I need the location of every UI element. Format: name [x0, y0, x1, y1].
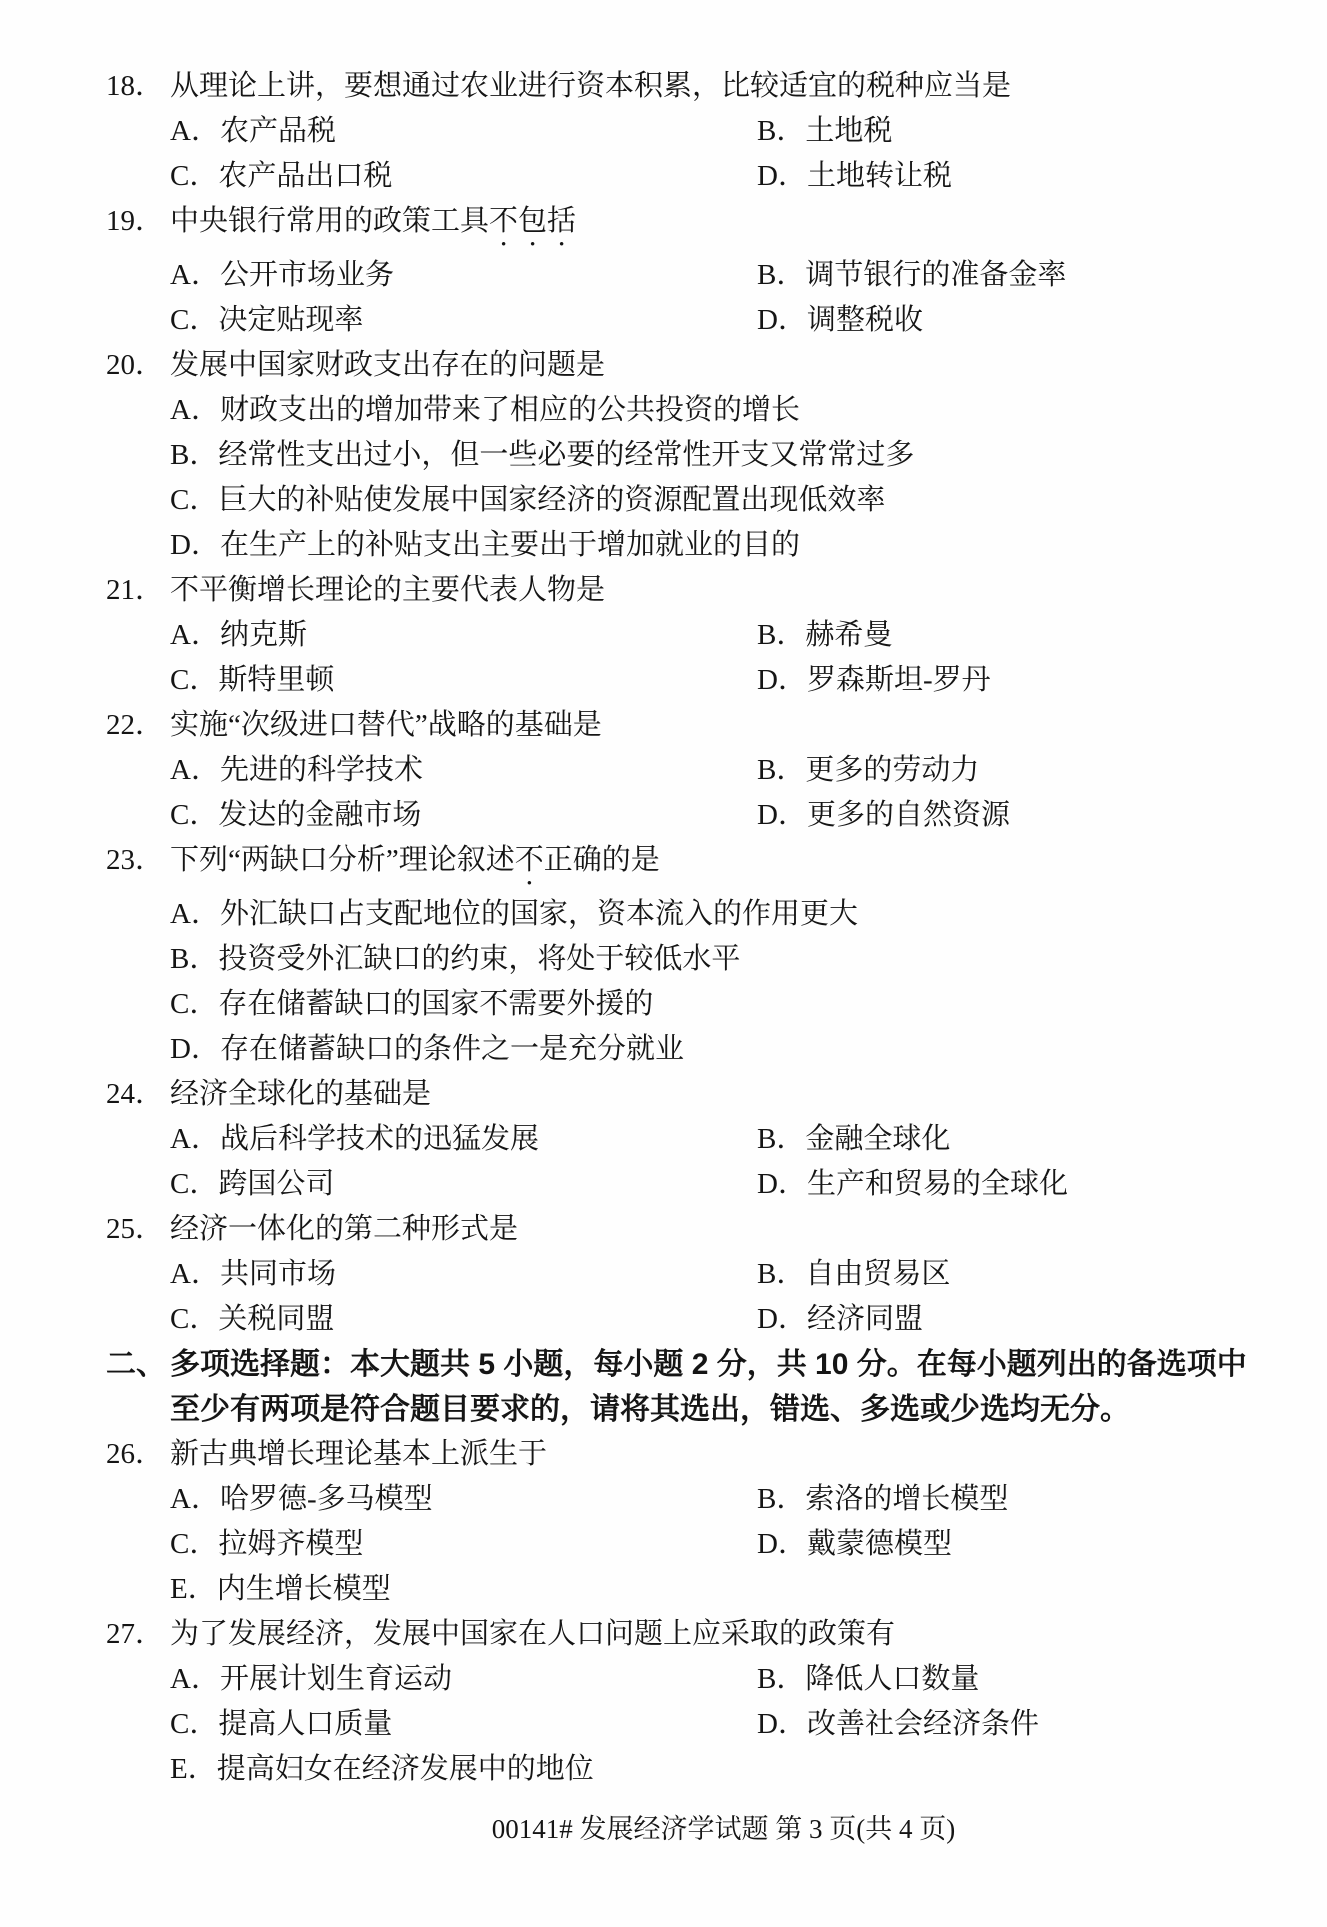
option-text: 自由贸易区	[805, 1258, 950, 1290]
question-20-option-d: D．在生产上的补贴支出主要出于增加就业的目的	[0, 523, 1327, 568]
question-stem-text: 从理论上讲，要想通过农业进行资本积累，比较适宜的税种应当是	[170, 64, 1327, 109]
option-label: B．	[757, 1117, 805, 1162]
question-27-stem: 27． 为了发展经济，发展中国家在人口问题上应采取的政策有	[0, 1612, 1327, 1657]
option-label: A．	[170, 892, 220, 937]
question-22-stem: 22． 实施“次级进口替代”战略的基础是	[0, 703, 1327, 748]
question-20-stem: 20． 发展中国家财政支出存在的问题是	[0, 343, 1327, 388]
option-text: 拉姆齐模型	[218, 1528, 363, 1560]
question-20-option-b: B．经常性支出过小，但一些必要的经常性开支又常常过多	[0, 433, 1327, 478]
option-b: B．自由贸易区	[757, 1252, 950, 1297]
option-c: C．发达的金融市场	[170, 793, 757, 838]
question-25-options-cd: C．关税同盟 D．经济同盟	[0, 1297, 1327, 1342]
question-24-options-ab: A．战后科学技术的迅猛发展 B．金融全球化	[0, 1117, 1327, 1162]
option-c: C．决定贴现率	[170, 298, 757, 343]
option-text: 经济同盟	[807, 1303, 923, 1335]
question-23-option-b: B．投资受外汇缺口的约束，将处于较低水平	[0, 937, 1327, 982]
option-a: A．先进的科学技术	[170, 748, 757, 793]
option-d: D．更多的自然资源	[757, 793, 1010, 838]
question-21-stem: 21． 不平衡增长理论的主要代表人物是	[0, 568, 1327, 613]
option-label: D．	[757, 793, 807, 838]
option-label: B．	[757, 1252, 805, 1297]
option-text: 调整税收	[807, 304, 923, 336]
option-label: D．	[757, 1522, 807, 1567]
option-text: 更多的劳动力	[805, 754, 979, 786]
option-text: 开展计划生育运动	[220, 1663, 452, 1695]
option-label: A．	[170, 388, 220, 433]
option-a: A．开展计划生育运动	[170, 1657, 757, 1702]
question-number: 18．	[106, 64, 170, 109]
option-c: C．关税同盟	[170, 1297, 757, 1342]
option-b: B．调节银行的准备金率	[757, 253, 1066, 298]
option-text: 斯特里顿	[218, 664, 334, 696]
option-text: 赫希曼	[805, 619, 892, 651]
question-number: 24．	[106, 1072, 170, 1117]
option-text: 更多的自然资源	[807, 799, 1010, 831]
option-label: D．	[757, 1162, 807, 1207]
question-27-options-ab: A．开展计划生育运动 B．降低人口数量	[0, 1657, 1327, 1702]
option-label: C．	[170, 1702, 218, 1747]
question-stem-text: 中央银行常用的政策工具不包括	[170, 199, 1327, 253]
question-number: 20．	[106, 343, 170, 388]
option-label: C．	[170, 1162, 218, 1207]
option-label: E．	[170, 1567, 217, 1612]
section-marker: 二、	[106, 1342, 170, 1387]
option-text: 生产和贸易的全球化	[807, 1168, 1068, 1200]
question-stem-text: 发展中国家财政支出存在的问题是	[170, 343, 1327, 388]
option-label: C．	[170, 1297, 218, 1342]
option-label: B．	[757, 109, 805, 154]
option-d: D．生产和贸易的全球化	[757, 1162, 1068, 1207]
option-label: D．	[757, 298, 807, 343]
option-label: C．	[170, 298, 218, 343]
option-b: B．降低人口数量	[757, 1657, 979, 1702]
section-heading-text: 多项选择题：本大题共 5 小题，每小题 2 分，共 10 分。在每小题列出的备选…	[170, 1342, 1327, 1387]
option-d: D．调整税收	[757, 298, 923, 343]
question-23-option-c: C．存在储蓄缺口的国家不需要外援的	[0, 982, 1327, 1027]
option-text: 财政支出的增加带来了相应的公共投资的增长	[220, 394, 800, 426]
option-label: A．	[170, 748, 220, 793]
option-b: B．土地税	[757, 109, 892, 154]
question-18-options-ab: A．农产品税 B．土地税	[0, 109, 1327, 154]
option-label: D．	[170, 1027, 220, 1072]
question-22-options-ab: A．先进的科学技术 B．更多的劳动力	[0, 748, 1327, 793]
option-text: 公开市场业务	[220, 259, 394, 291]
option-label: C．	[170, 154, 218, 199]
option-b: B．金融全球化	[757, 1117, 950, 1162]
option-d: D．改善社会经济条件	[757, 1702, 1039, 1747]
option-label: B．	[757, 613, 805, 658]
question-stem-text: 新古典增长理论基本上派生于	[170, 1432, 1327, 1477]
option-c: C．农产品出口税	[170, 154, 757, 199]
option-text: 金融全球化	[805, 1123, 950, 1155]
question-27-options-cd: C．提高人口质量 D．改善社会经济条件	[0, 1702, 1327, 1747]
option-text: 戴蒙德模型	[807, 1528, 952, 1560]
option-label: C．	[170, 478, 218, 523]
option-text: 降低人口数量	[805, 1663, 979, 1695]
option-text: 存在储蓄缺口的国家不需要外援的	[218, 988, 653, 1020]
option-label: A．	[170, 1117, 220, 1162]
option-text: 外汇缺口占支配地位的国家，资本流入的作用更大	[220, 898, 858, 930]
option-label: E．	[170, 1747, 217, 1792]
option-text: 土地税	[805, 115, 892, 147]
question-number: 23．	[106, 838, 170, 892]
question-21-options-ab: A．纳克斯 B．赫希曼	[0, 613, 1327, 658]
question-19-stem: 19． 中央银行常用的政策工具不包括	[0, 199, 1327, 253]
option-b: B．赫希曼	[757, 613, 892, 658]
option-label: D．	[170, 523, 220, 568]
exam-page: 18． 从理论上讲，要想通过农业进行资本积累，比较适宜的税种应当是 A．农产品税…	[0, 0, 1327, 1927]
question-stem-text: 经济一体化的第二种形式是	[170, 1207, 1327, 1252]
question-18-stem: 18． 从理论上讲，要想通过农业进行资本积累，比较适宜的税种应当是	[0, 64, 1327, 109]
option-label: C．	[170, 658, 218, 703]
option-text: 投资受外汇缺口的约束，将处于较低水平	[218, 943, 740, 975]
option-text: 战后科学技术的迅猛发展	[220, 1123, 539, 1155]
option-text: 存在储蓄缺口的条件之一是充分就业	[220, 1033, 684, 1065]
option-b: B．更多的劳动力	[757, 748, 979, 793]
question-stem-text: 实施“次级进口替代”战略的基础是	[170, 703, 1327, 748]
option-text: 先进的科学技术	[220, 754, 423, 786]
question-25-stem: 25． 经济一体化的第二种形式是	[0, 1207, 1327, 1252]
question-number: 25．	[106, 1207, 170, 1252]
option-d: D．罗森斯坦-罗丹	[757, 658, 991, 703]
option-text: 土地转让税	[807, 160, 952, 192]
question-23-option-a: A．外汇缺口占支配地位的国家，资本流入的作用更大	[0, 892, 1327, 937]
option-c: C．跨国公司	[170, 1162, 757, 1207]
option-text: 在生产上的补贴支出主要出于增加就业的目的	[220, 529, 800, 561]
question-20-option-c: C．巨大的补贴使发展中国家经济的资源配置出现低效率	[0, 478, 1327, 523]
option-a: A．哈罗德-多马模型	[170, 1477, 757, 1522]
option-label: B．	[170, 937, 218, 982]
question-23-option-d: D．存在储蓄缺口的条件之一是充分就业	[0, 1027, 1327, 1072]
section-2-heading-line-1: 二、 多项选择题：本大题共 5 小题，每小题 2 分，共 10 分。在每小题列出…	[0, 1342, 1327, 1387]
option-text: 罗森斯坦-罗丹	[807, 664, 991, 696]
question-number: 21．	[106, 568, 170, 613]
option-a: A．战后科学技术的迅猛发展	[170, 1117, 757, 1162]
option-label: A．	[170, 109, 220, 154]
question-19-options-cd: C．决定贴现率 D．调整税收	[0, 298, 1327, 343]
question-19-options-ab: A．公开市场业务 B．调节银行的准备金率	[0, 253, 1327, 298]
option-text: 决定贴现率	[218, 304, 363, 336]
option-label: A．	[170, 613, 220, 658]
option-label: A．	[170, 1657, 220, 1702]
option-text: 巨大的补贴使发展中国家经济的资源配置出现低效率	[218, 484, 885, 516]
option-label: A．	[170, 1252, 220, 1297]
emphasized-text: 不	[515, 844, 544, 876]
option-d: D．土地转让税	[757, 154, 952, 199]
option-a: A．纳克斯	[170, 613, 757, 658]
option-text: 改善社会经济条件	[807, 1708, 1039, 1740]
option-label: B．	[757, 1477, 805, 1522]
question-21-options-cd: C．斯特里顿 D．罗森斯坦-罗丹	[0, 658, 1327, 703]
option-c: C．提高人口质量	[170, 1702, 757, 1747]
question-27-option-e: E．提高妇女在经济发展中的地位	[0, 1747, 1327, 1792]
question-25-options-ab: A．共同市场 B．自由贸易区	[0, 1252, 1327, 1297]
question-number: 26．	[106, 1432, 170, 1477]
question-26-stem: 26． 新古典增长理论基本上派生于	[0, 1432, 1327, 1477]
option-a: A．共同市场	[170, 1252, 757, 1297]
option-text: 共同市场	[220, 1258, 336, 1290]
page-footer: 00141# 发展经济学试题 第 3 页(共 4 页)	[120, 1812, 1327, 1846]
option-text: 内生增长模型	[217, 1573, 391, 1605]
option-text: 农产品税	[220, 115, 336, 147]
option-text: 关税同盟	[218, 1303, 334, 1335]
option-label: B．	[757, 748, 805, 793]
question-stem-text: 不平衡增长理论的主要代表人物是	[170, 568, 1327, 613]
option-label: C．	[170, 1522, 218, 1567]
emphasized-text: 不包括	[489, 205, 576, 237]
question-22-options-cd: C．发达的金融市场 D．更多的自然资源	[0, 793, 1327, 838]
question-18-options-cd: C．农产品出口税 D．土地转让税	[0, 154, 1327, 199]
option-c: C．斯特里顿	[170, 658, 757, 703]
question-stem-text: 经济全球化的基础是	[170, 1072, 1327, 1117]
option-text: 纳克斯	[220, 619, 307, 651]
option-label: D．	[757, 1297, 807, 1342]
option-a: A．农产品税	[170, 109, 757, 154]
option-text: 哈罗德-多马模型	[220, 1483, 433, 1515]
section-2-heading-line-2: 至少有两项是符合题目要求的，请将其选出，错选、多选或少选均无分。	[0, 1387, 1327, 1432]
question-number: 27．	[106, 1612, 170, 1657]
option-text: 索洛的增长模型	[805, 1483, 1008, 1515]
option-d: D．经济同盟	[757, 1297, 923, 1342]
option-text: 经常性支出过小，但一些必要的经常性开支又常常过多	[218, 439, 914, 471]
option-c: C．拉姆齐模型	[170, 1522, 757, 1567]
option-text: 提高人口质量	[218, 1708, 392, 1740]
option-label: A．	[170, 1477, 220, 1522]
option-text: 农产品出口税	[218, 160, 392, 192]
option-d: D．戴蒙德模型	[757, 1522, 952, 1567]
option-label: C．	[170, 793, 218, 838]
option-text: 调节银行的准备金率	[805, 259, 1066, 291]
question-stem-text: 为了发展经济，发展中国家在人口问题上应采取的政策有	[170, 1612, 1327, 1657]
question-20-option-a: A．财政支出的增加带来了相应的公共投资的增长	[0, 388, 1327, 433]
option-label: B．	[170, 433, 218, 478]
option-text: 发达的金融市场	[218, 799, 421, 831]
option-label: D．	[757, 658, 807, 703]
option-text: 跨国公司	[218, 1168, 334, 1200]
option-a: A．公开市场业务	[170, 253, 757, 298]
question-24-stem: 24． 经济全球化的基础是	[0, 1072, 1327, 1117]
option-text: 提高妇女在经济发展中的地位	[217, 1753, 594, 1785]
question-number: 19．	[106, 199, 170, 253]
question-26-options-cd: C．拉姆齐模型 D．戴蒙德模型	[0, 1522, 1327, 1567]
question-23-stem: 23． 下列“两缺口分析”理论叙述不正确的是	[0, 838, 1327, 892]
question-24-options-cd: C．跨国公司 D．生产和贸易的全球化	[0, 1162, 1327, 1207]
option-label: A．	[170, 253, 220, 298]
option-label: D．	[757, 1702, 807, 1747]
option-label: B．	[757, 253, 805, 298]
question-26-options-ab: A．哈罗德-多马模型 B．索洛的增长模型	[0, 1477, 1327, 1522]
question-stem-text: 下列“两缺口分析”理论叙述不正确的是	[170, 838, 1327, 892]
option-label: D．	[757, 154, 807, 199]
option-label: C．	[170, 982, 218, 1027]
question-number: 22．	[106, 703, 170, 748]
option-b: B．索洛的增长模型	[757, 1477, 1008, 1522]
question-26-option-e: E．内生增长模型	[0, 1567, 1327, 1612]
option-label: B．	[757, 1657, 805, 1702]
